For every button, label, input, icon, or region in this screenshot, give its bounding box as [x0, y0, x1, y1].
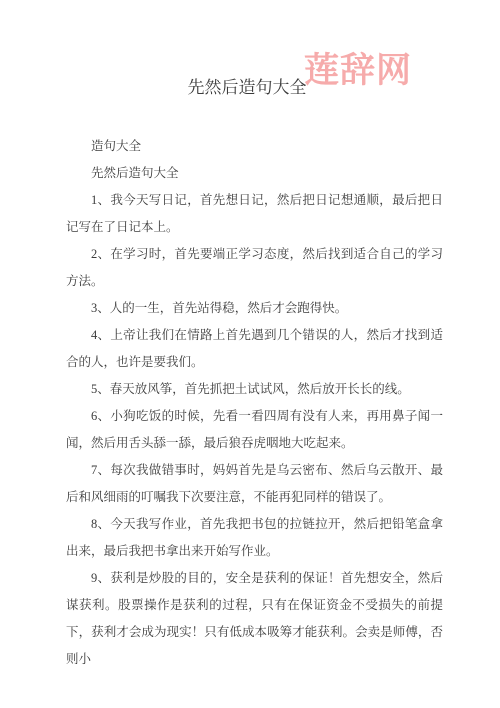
paragraph: 7、每次我做错事时，妈妈首先是乌云密布、然后乌云散开、最后和风细雨的叮嘱我下次要…	[66, 457, 443, 511]
document-body: 造句大全 先然后造句大全 1、我今天写日记，首先想日记，然后把日记想通顺，最后把…	[66, 133, 443, 673]
paragraph: 1、我今天写日记，首先想日记，然后把日记想通顺，最后把日记写在了日记本上。	[66, 187, 443, 241]
paragraph: 9、获利是炒股的目的，安全是获利的保证！首先想安全，然后谋获利。股票操作是获利的…	[66, 565, 443, 673]
document-page: 莲辞网 先然后造句大全 造句大全 先然后造句大全 1、我今天写日记，首先想日记，…	[0, 0, 500, 708]
paragraph: 先然后造句大全	[66, 160, 443, 187]
paragraph: 2、在学习时，首先要端正学习态度，然后找到适合自己的学习方法。	[66, 241, 443, 295]
paragraph: 5、春天放风筝，首先抓把土试试风，然后放开长长的线。	[66, 376, 443, 403]
paragraph: 3、人的一生，首先站得稳，然后才会跑得快。	[66, 295, 443, 322]
paragraph: 造句大全	[66, 133, 443, 160]
page-title: 先然后造句大全	[0, 76, 494, 100]
paragraph: 4、上帝让我们在情路上首先遇到几个错误的人，然后才找到适合的人，也许是要我们。	[66, 322, 443, 376]
paragraph: 6、小狗吃饭的时候，先看一看四周有没有人来，再用鼻子闻一闻，然后用舌头舔一舔，最…	[66, 403, 443, 457]
paragraph: 8、今天我写作业，首先我把书包的拉链拉开，然后把铅笔盒拿出来，最后我把书拿出来开…	[66, 511, 443, 565]
